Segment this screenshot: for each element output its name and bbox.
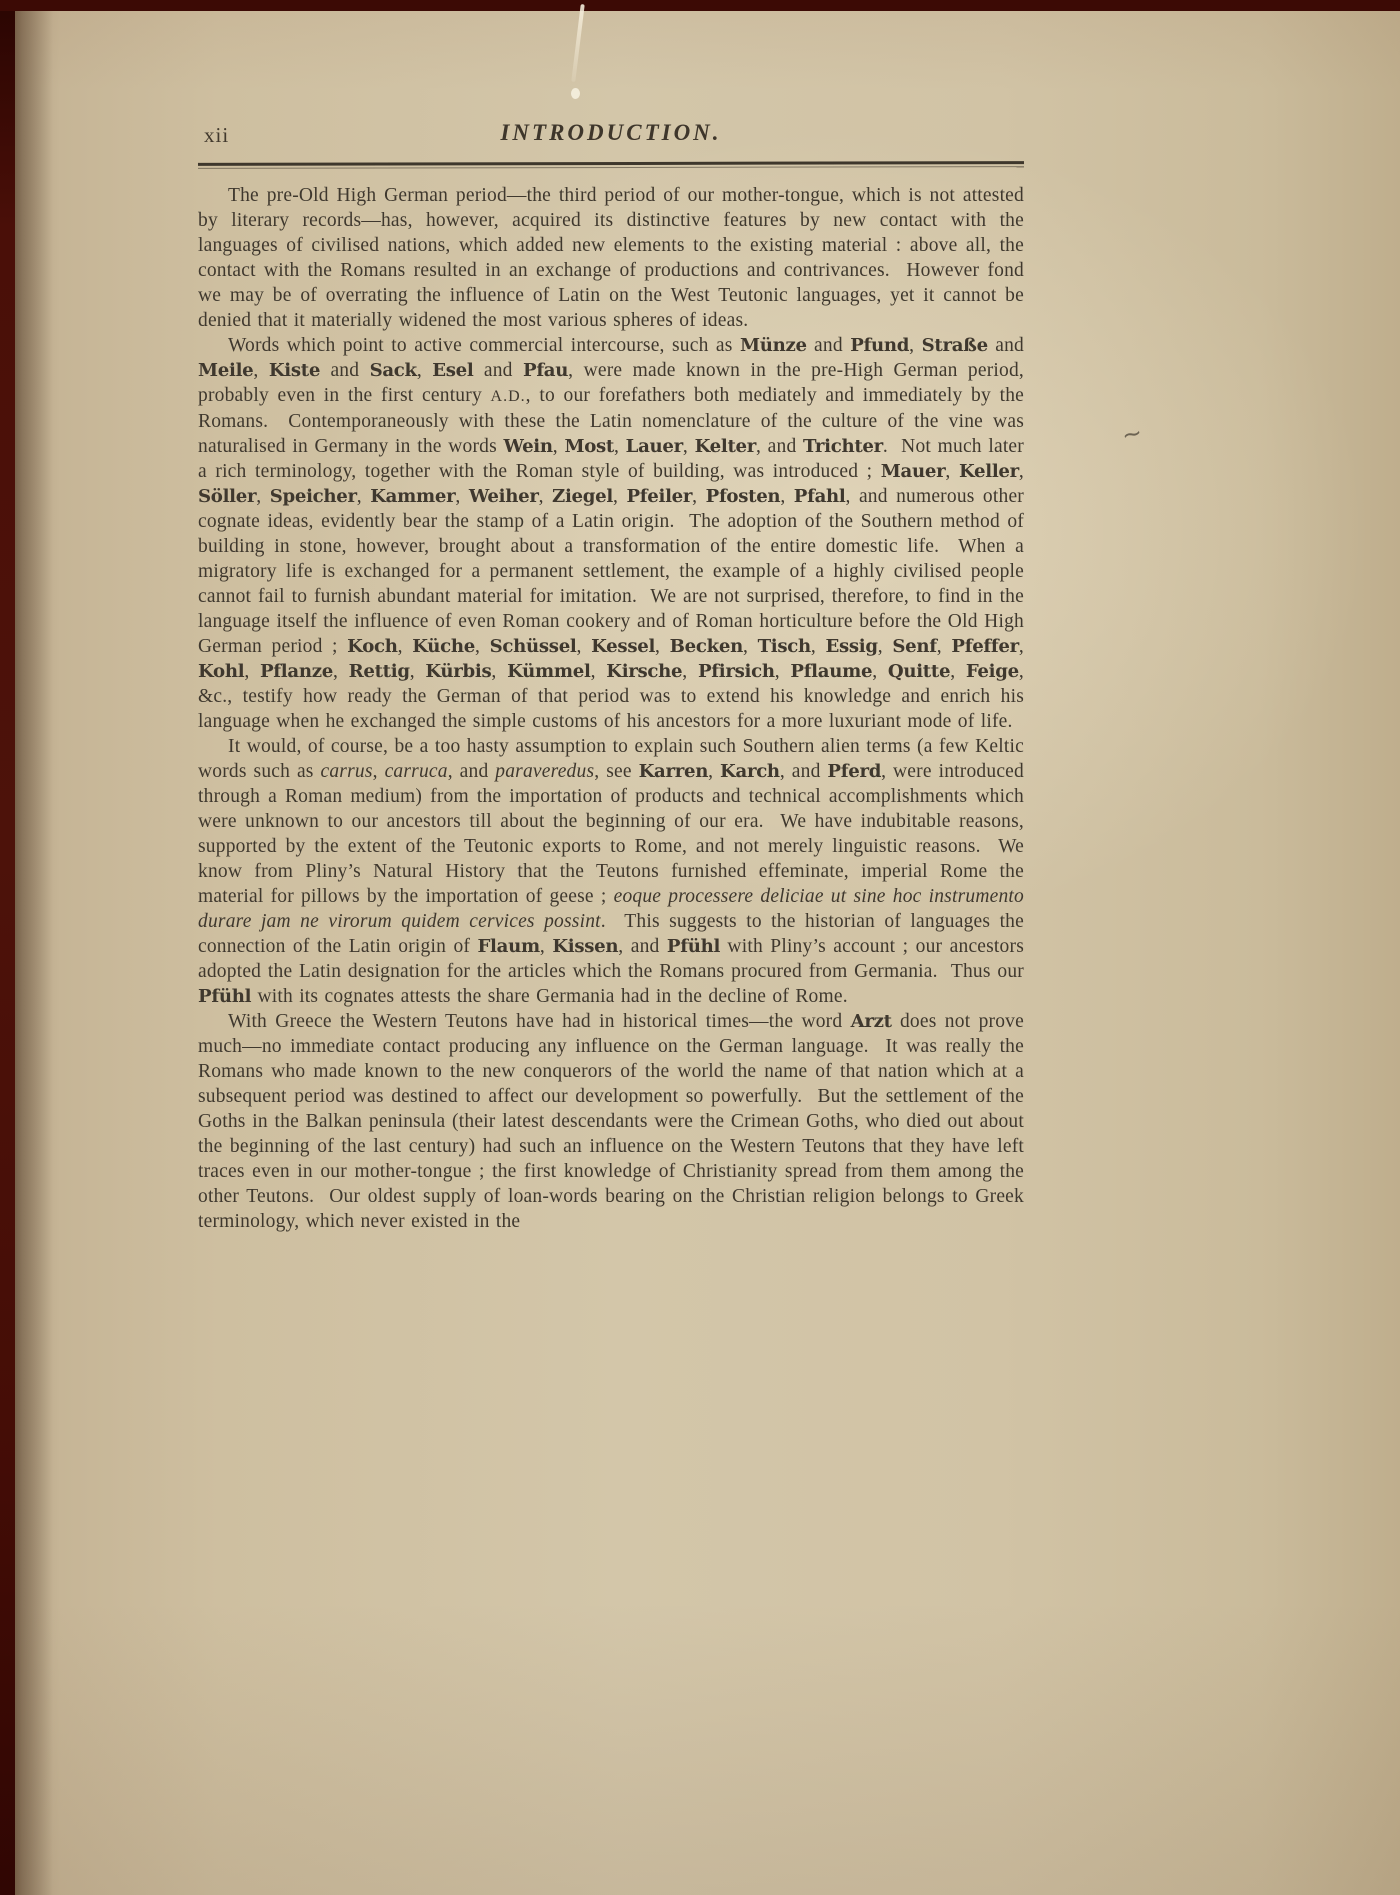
text-run: , — [708, 761, 720, 782]
german-fraktur-word: Kirsche — [606, 661, 682, 682]
german-fraktur-word: Straße — [922, 335, 988, 356]
smallcaps-abbreviation: A.D. — [491, 388, 526, 405]
text-run: and — [474, 360, 523, 381]
text-run: , — [410, 661, 426, 682]
german-fraktur-word: Söller — [198, 486, 256, 507]
german-fraktur-word: Pferd — [827, 761, 881, 782]
text-run: , — [878, 636, 893, 657]
text-run: , — [491, 661, 507, 682]
german-fraktur-word: Trichter — [803, 436, 883, 457]
german-fraktur-word: Karch — [720, 761, 780, 782]
text-run: , and — [618, 936, 667, 957]
text-run: , — [475, 636, 490, 657]
text-run: , — [333, 661, 349, 682]
text-run: , and — [448, 761, 496, 782]
text-run: , — [357, 486, 370, 507]
page-number: xii — [204, 123, 229, 148]
german-fraktur-word: Pfeffer — [951, 636, 1019, 657]
german-fraktur-word: Becken — [670, 636, 743, 657]
german-fraktur-word: Kümmel — [507, 661, 591, 682]
text-run: , — [591, 661, 607, 682]
german-fraktur-word: Pfirsich — [698, 661, 775, 682]
text-run: , — [577, 636, 592, 657]
text-run: , and — [780, 761, 828, 782]
german-fraktur-word: Kissen — [552, 936, 618, 957]
text-run: , — [398, 636, 413, 657]
german-fraktur-word: Pfahl — [794, 486, 846, 507]
german-fraktur-word: Kelter — [695, 436, 756, 457]
header-rule — [198, 161, 1024, 169]
german-fraktur-word: Pfühl — [198, 986, 251, 1007]
german-fraktur-word: Koch — [347, 636, 397, 657]
text-run: , — [1019, 461, 1024, 482]
german-fraktur-word: Senf — [892, 636, 936, 657]
text-run: , — [539, 486, 552, 507]
german-fraktur-word: Pflaume — [790, 661, 872, 682]
german-fraktur-word: Wein — [504, 436, 553, 457]
german-fraktur-word: Pfosten — [706, 486, 781, 507]
german-fraktur-word: Most — [564, 436, 614, 457]
german-fraktur-word: Kürbis — [425, 661, 491, 682]
german-fraktur-word: Ziegel — [552, 486, 613, 507]
text-run: , — [937, 636, 952, 657]
german-fraktur-word: Pfeiler — [626, 486, 692, 507]
paper-blemish — [571, 88, 580, 99]
german-fraktur-word: Sack — [370, 360, 417, 381]
german-fraktur-word: Esel — [432, 360, 473, 381]
german-fraktur-word: Kessel — [591, 636, 655, 657]
text-run: , — [682, 661, 698, 682]
german-fraktur-word: Kohl — [198, 661, 244, 682]
text-run: With Greece the Western Teutons have had… — [228, 1011, 851, 1032]
german-fraktur-word: Rettig — [349, 661, 410, 682]
german-fraktur-word: Küche — [412, 636, 475, 657]
german-fraktur-word: Mauer — [881, 461, 946, 482]
text-run: and — [807, 335, 851, 356]
german-fraktur-word: Arzt — [851, 1011, 892, 1032]
german-fraktur-word: Lauer — [626, 436, 683, 457]
book-edge-left — [0, 0, 15, 1895]
text-run: , — [743, 636, 758, 657]
text-run: , — [945, 461, 959, 482]
body-text: The pre-Old High German period—the third… — [198, 183, 1024, 1234]
text-run: , and — [756, 436, 803, 457]
page-header: xii INTRODUCTION. — [198, 120, 1024, 152]
text-run: and — [988, 335, 1024, 356]
text-run: , — [256, 486, 269, 507]
latin-italic-text: paraveredus — [495, 761, 594, 782]
text-run: , — [455, 486, 468, 507]
german-fraktur-word: Feige — [966, 661, 1019, 682]
text-run: Words which point to active commercial i… — [228, 335, 740, 356]
text-run: does not prove much—no immediate contact… — [198, 1011, 1024, 1232]
text-run: , — [909, 335, 921, 356]
text-run: , — [775, 661, 791, 682]
paragraph: Words which point to active commercial i… — [198, 333, 1024, 734]
latin-italic-text: carruca — [385, 761, 448, 782]
german-fraktur-word: Pfau — [523, 360, 568, 381]
german-fraktur-word: Pflanze — [260, 661, 333, 682]
text-run: and — [320, 360, 369, 381]
text-run: , — [614, 436, 626, 457]
text-run: , — [872, 661, 888, 682]
german-fraktur-word: Keller — [959, 461, 1019, 482]
text-run: , — [692, 486, 705, 507]
text-run: The pre-Old High German period—the third… — [198, 185, 1024, 331]
german-fraktur-word: Essig — [825, 636, 877, 657]
text-run: , — [950, 661, 966, 682]
text-run: , — [1019, 636, 1024, 657]
page-gutter-shadow — [15, 0, 53, 1895]
german-fraktur-word: Quitte — [888, 661, 950, 682]
text-column: xii INTRODUCTION. The pre-Old High Germa… — [198, 120, 1024, 1234]
german-fraktur-word: Weiher — [469, 486, 539, 507]
text-run: , — [655, 636, 670, 657]
text-run: , — [553, 436, 565, 457]
latin-italic-text: carrus — [320, 761, 372, 782]
text-run: , — [373, 761, 385, 782]
german-fraktur-word: Tisch — [758, 636, 811, 657]
book-edge-top — [0, 0, 1400, 11]
german-fraktur-word: Münze — [740, 335, 807, 356]
german-fraktur-word: Pfund — [850, 335, 909, 356]
text-run: , — [780, 486, 793, 507]
german-fraktur-word: Kiste — [269, 360, 320, 381]
text-run: with its cognates attests the share Germ… — [251, 986, 848, 1007]
text-run: , — [683, 436, 695, 457]
text-run: , — [613, 486, 626, 507]
german-fraktur-word: Schüssel — [490, 636, 577, 657]
text-run: , — [244, 661, 260, 682]
text-run: , — [811, 636, 826, 657]
german-fraktur-word: Meile — [198, 360, 253, 381]
paragraph: With Greece the Western Teutons have had… — [198, 1009, 1024, 1234]
text-run: , and numerous other cognate ideas, evid… — [198, 486, 1024, 657]
paragraph: It would, of course, be a too hasty assu… — [198, 734, 1024, 1009]
text-run: , — [417, 360, 432, 381]
german-fraktur-word: Flaum — [477, 936, 539, 957]
text-run: , — [540, 936, 552, 957]
text-run: , see — [594, 761, 638, 782]
german-fraktur-word: Speicher — [270, 486, 357, 507]
german-fraktur-word: Kammer — [370, 486, 455, 507]
german-fraktur-word: Pfühl — [667, 936, 720, 957]
text-run: , — [253, 360, 268, 381]
paragraph: The pre-Old High German period—the third… — [198, 183, 1024, 333]
page-title: INTRODUCTION. — [198, 120, 1024, 146]
german-fraktur-word: Karren — [639, 761, 709, 782]
